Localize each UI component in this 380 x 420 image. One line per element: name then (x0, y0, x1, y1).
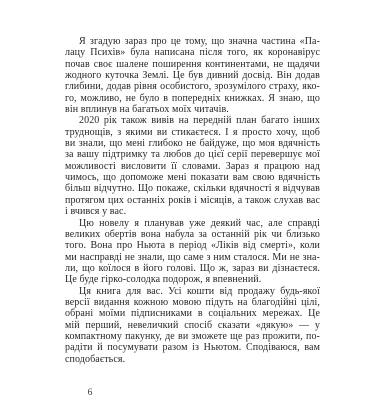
paragraph: Я згадую зараз про це тому, що значна ча… (65, 36, 320, 115)
text-line: він вплинув на багатьох моїх читачів. (65, 104, 320, 115)
text-line: труднощів, з якими ви стикаєтеся. І я пр… (65, 127, 320, 138)
text-line: протягом цих останніх років і місяців, а… (65, 195, 320, 206)
paragraph: Цю новелу я планував уже деякий час, але… (65, 218, 320, 286)
text-line: почав своє шалене поширення континентами… (65, 59, 320, 70)
text-line: мій перший, невеличкий спосіб сказати «д… (65, 320, 320, 331)
paragraph: 2020 рік також вивів на передній план ба… (65, 115, 320, 217)
text-line: жодного куточка Землі. Це був дивний дос… (65, 70, 320, 81)
book-page: Я згадую зараз про це тому, що значна ча… (0, 0, 380, 420)
text-line: версії видання кожною мовою підуть на бл… (65, 297, 320, 308)
text-line: чимось, що допоможе мені показати вам св… (65, 172, 320, 183)
text-line: радіти й посумувати разом із Ньютом. Спо… (65, 342, 320, 353)
text-line: Ця книга для вас. Усі кошти від продажу … (65, 286, 320, 297)
paragraph: Ця книга для вас. Усі кошти від продажу … (65, 286, 320, 365)
page-number: 6 (80, 388, 100, 398)
text-line: лацу Психів» була написана після того, я… (65, 47, 320, 58)
text-line: ли, що коїлося в його голові. Що ж, зара… (65, 263, 320, 274)
text-line: го, можливо, не було в попередніх книжка… (65, 93, 320, 104)
text-line: ви знали, що мені глибоко не байдуже, що… (65, 138, 320, 149)
text-line: того. Вона про Ньюта в період «Ліків від… (65, 240, 320, 251)
text-line: і вчився у вас. (65, 206, 320, 217)
text-line: обрані моїми підписниками в соціальних м… (65, 308, 320, 319)
text-line: за вашу підтримку та любов до цієї серії… (65, 149, 320, 160)
text-line: більш відчутно. Що покаже, скільки вдячн… (65, 183, 320, 194)
text-line: компактному пакунку, де ви зможете ще ра… (65, 331, 320, 342)
text-line: ми насправді не знали, що саме з ним ста… (65, 252, 320, 263)
text-line: можливості висловити її словами. Зараз я… (65, 161, 320, 172)
text-line: сподобається. (65, 354, 320, 365)
text-line: 2020 рік також вивів на передній план ба… (65, 115, 320, 126)
text-line: великих обертів вона набула за останній … (65, 229, 320, 240)
text-line: Це буде гірко-солодка подорож, я впевнен… (65, 274, 320, 285)
text-line: глибини, додав рівня особистого, зрозумі… (65, 81, 320, 92)
text-line: Цю новелу я планував уже деякий час, але… (65, 218, 320, 229)
text-block: Я згадую зараз про це тому, що значна ча… (65, 36, 320, 365)
text-line: Я згадую зараз про це тому, що значна ча… (65, 36, 320, 47)
